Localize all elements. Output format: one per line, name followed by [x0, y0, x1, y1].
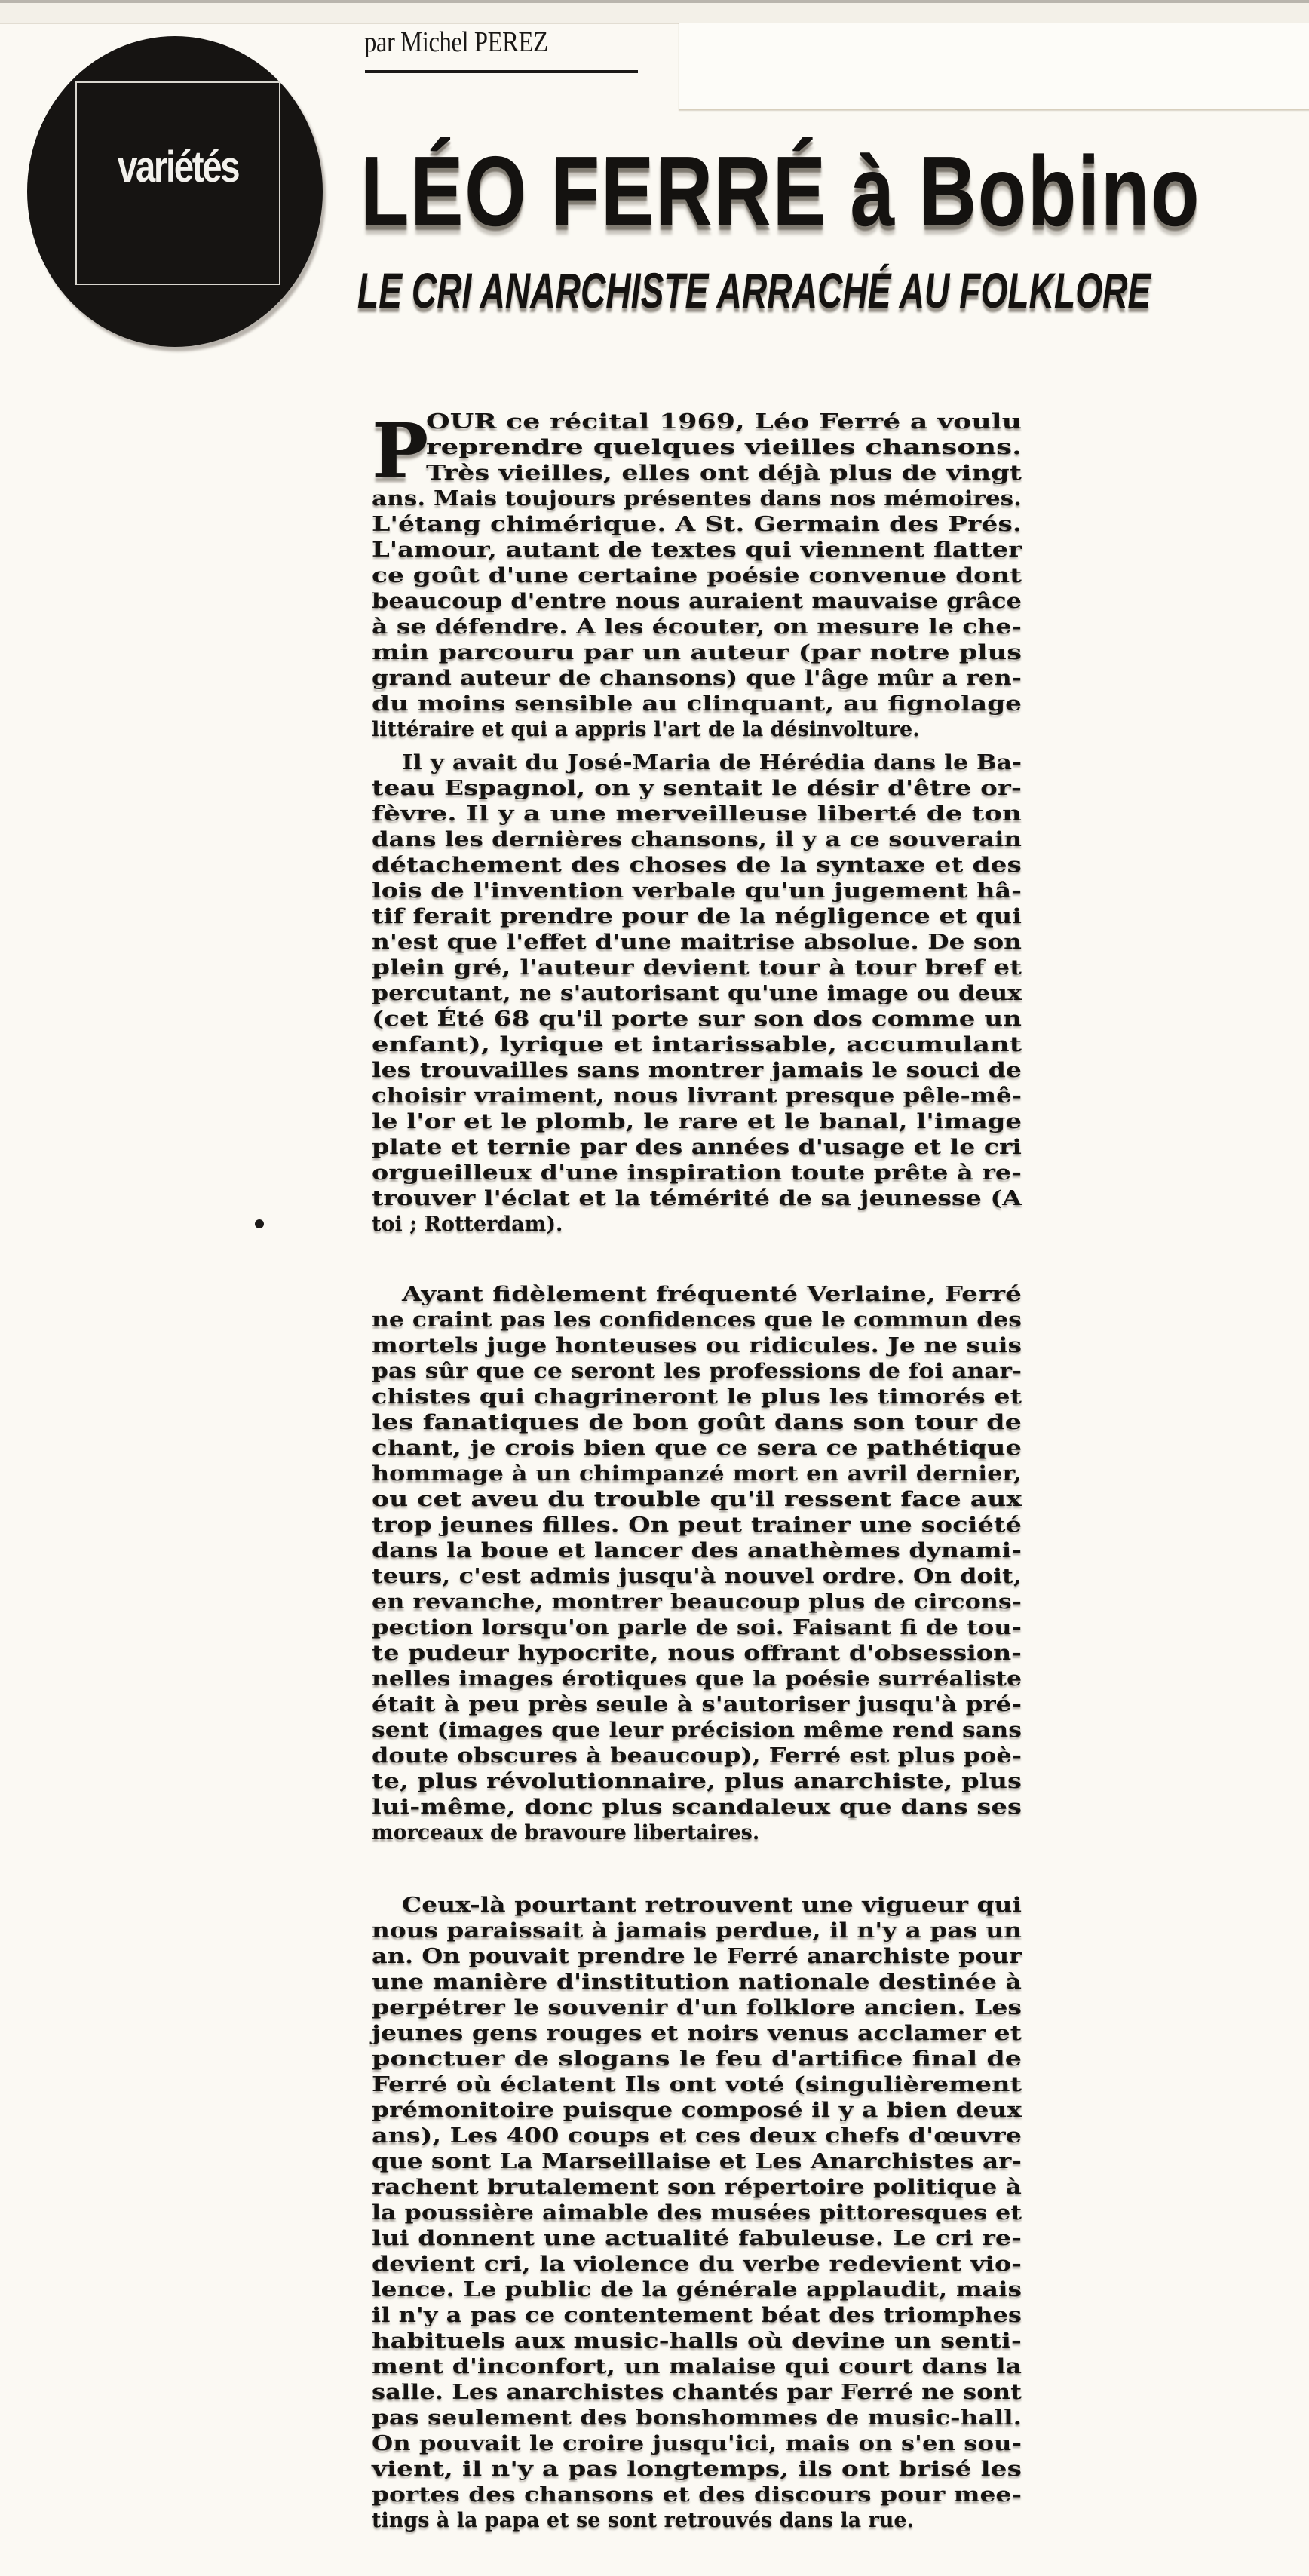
article-line: le l'or et le plomb, le rare et le banal…	[372, 1109, 1022, 1135]
article-line: perpétrer le souvenir d'un folklore anci…	[372, 1995, 1022, 2021]
article-line: Ceux-là pourtant retrouvent une vigueur …	[372, 1893, 1022, 1918]
article-line: trouver l'éclat et la témérité de sa jeu…	[372, 1186, 1022, 1212]
article-line: On pouvait le croire jusqu'ici, mais on …	[372, 2431, 1022, 2457]
rubric-logo-frame: variétés	[75, 81, 280, 285]
article-line: Très vieilles, elles ont déjà plus de vi…	[372, 461, 1022, 486]
article-line: nelles images érotiques que la poésie su…	[372, 1667, 1022, 1692]
article-line: portes des chansons et des discours pour…	[372, 2482, 1022, 2508]
article-line: Ayant fidèlement fréquenté Verlaine, Fer…	[372, 1282, 1022, 1308]
headline: LÉO FERRÉ à Bobino	[360, 142, 1200, 241]
article-line: la poussière aimable des musées pittores…	[372, 2200, 1022, 2226]
subheadline: LE CRI ANARCHISTE ARRACHÉ AU FOLKLORE	[357, 265, 1151, 315]
article-line: L'amour, autant de textes qui viennent f…	[372, 538, 1022, 563]
article-line: L'étang chimérique. A St. Germain des Pr…	[372, 512, 1022, 538]
article-line: chistes qui chagrineront le plus les tim…	[372, 1385, 1022, 1410]
article-line: morceaux de bravoure libertaires.	[372, 1820, 1022, 1846]
article-line: trop jeunes filles. On peut trainer une …	[372, 1513, 1022, 1538]
article-line: pas sûr que ce seront les professions de…	[372, 1359, 1022, 1385]
byline: par Michel PEREZ	[364, 26, 548, 59]
article-line: Il y avait du José-Maria de Hérédia dans…	[372, 750, 1022, 776]
article-line: te pudeur hypocrite, nous offrant d'obse…	[372, 1641, 1022, 1667]
article-line: vient, il n'y a pas longtemps, ils ont b…	[372, 2457, 1022, 2482]
article-line: fèvre. Il y a une merveilleuse liberté d…	[372, 802, 1022, 827]
article-line: n'est que l'effet d'une maitrise absolue…	[372, 930, 1022, 955]
article-line: lui donnent une actualité fabuleuse. Le …	[372, 2226, 1022, 2252]
article-line: (cet Été 68 qu'il porte sur son dos comm…	[372, 1007, 1022, 1032]
article-line: sent (images que leur précision même ren…	[372, 1718, 1022, 1743]
article-line: teau Espagnol, on y sentait le désir d'ê…	[372, 776, 1022, 802]
article-line: à se défendre. A les écouter, on mesure …	[372, 615, 1022, 640]
article-line: jeunes gens rouges et noirs venus acclam…	[372, 2021, 1022, 2047]
article-line: hommage à un chimpanzé mort en avril der…	[372, 1461, 1022, 1487]
byline-rule	[365, 70, 638, 73]
article-line: habituels aux music-halls où devine un s…	[372, 2329, 1022, 2354]
scan-top-edge	[0, 0, 1309, 24]
article-line: du moins sensible au clinquant, au figno…	[372, 692, 1022, 717]
article-line: plate et ternie par des années d'usage e…	[372, 1135, 1022, 1161]
ink-speck	[255, 1219, 264, 1228]
rubric-logo: variétés	[27, 36, 323, 347]
pasted-paper-patch	[679, 23, 1309, 110]
article-line: ne craint pas les confidences que le com…	[372, 1308, 1022, 1333]
article-line: une manière d'institution nationale dest…	[372, 1970, 1022, 1995]
article-line: ans. Mais toujours présentes dans nos mé…	[372, 486, 1022, 512]
article-line: en revanche, montrer beaucoup plus de ci…	[372, 1590, 1022, 1615]
article-line: doute obscures à beaucoup), Ferré est pl…	[372, 1743, 1022, 1769]
article-paragraph-1: OUR ce récital 1969, Léo Ferré a voulure…	[372, 409, 1022, 743]
article-line: était à peu près seule à s'autoriser jus…	[372, 1692, 1022, 1718]
article-line: détachement des choses de la syntaxe et …	[372, 853, 1022, 879]
article-line: te, plus révolutionnaire, plus anarchist…	[372, 1769, 1022, 1795]
article-line: prémonitoire puisque composé il y a bien…	[372, 2098, 1022, 2124]
article-line: toi ; Rotterdam).	[372, 1212, 1022, 1237]
article-line: ans), Les 400 coups et ces deux chefs d'…	[372, 2124, 1022, 2149]
article-line: dans les dernières chansons, il y a ce s…	[372, 827, 1022, 853]
article-line: chant, je crois bien que ce sera ce path…	[372, 1436, 1022, 1461]
article-line: choisir vraiment, nous livrant presque p…	[372, 1084, 1022, 1109]
article-line: min parcouru par un auteur (par notre pl…	[372, 640, 1022, 666]
article-line: beaucoup d'entre nous auraient mauvaise …	[372, 589, 1022, 615]
article-line: devient cri, la violence du verbe redevi…	[372, 2252, 1022, 2277]
article-line: ponctuer de slogans le feu d'artifice fi…	[372, 2047, 1022, 2072]
article-line: mortels juge honteuses ou ridicules. Je …	[372, 1333, 1022, 1359]
article-line: enfant), lyrique et intarissable, accumu…	[372, 1032, 1022, 1058]
article-line: les trouvailles sans montrer jamais le s…	[372, 1058, 1022, 1084]
article-line: lence. Le public de la générale applaudi…	[372, 2277, 1022, 2303]
article-paragraph-3: Ayant fidèlement fréquenté Verlaine, Fer…	[372, 1282, 1022, 1846]
article-line: OUR ce récital 1969, Léo Ferré a voulu	[372, 409, 1022, 435]
article-line: ment d'inconfort, un malaise qui court d…	[372, 2354, 1022, 2380]
rubric-label: variétés	[95, 142, 261, 192]
article-line: tif ferait prendre pour de la négligence…	[372, 904, 1022, 930]
article-line: pas seulement des bonshommes de music-ha…	[372, 2406, 1022, 2431]
article-line: lois de l'invention verbale qu'un jugeme…	[372, 879, 1022, 904]
article-line: nous paraissait à jamais perdue, il n'y …	[372, 1918, 1022, 1944]
article-line: pection lorsqu'on parle de soi. Faisant …	[372, 1615, 1022, 1641]
article-paragraph-2: Il y avait du José-Maria de Hérédia dans…	[372, 750, 1022, 1237]
scan-border	[0, 0, 1309, 3]
article-line: rachent brutalement son répertoire polit…	[372, 2175, 1022, 2200]
article-line: teurs, c'est admis jusqu'à nouvel ordre.…	[372, 1564, 1022, 1590]
article-line: Ferré où éclatent Ils ont voté (singuliè…	[372, 2072, 1022, 2098]
article-line: salle. Les anarchistes chantés par Ferré…	[372, 2380, 1022, 2406]
article-paragraph-4: Ceux-là pourtant retrouvent une vigueur …	[372, 1893, 1022, 2534]
article-line: littéraire et qui a appris l'art de la d…	[372, 717, 1022, 743]
article-line: lui-même, donc plus scandaleux que dans …	[372, 1795, 1022, 1820]
article-line: an. On pouvait prendre le Ferré anarchis…	[372, 1944, 1022, 1970]
article-line: orgueilleux d'une inspiration toute prêt…	[372, 1161, 1022, 1186]
article-line: que sont La Marseillaise et Les Anarchis…	[372, 2149, 1022, 2175]
article-line: plein gré, l'auteur devient tour à tour …	[372, 955, 1022, 981]
article-line: il n'y a pas ce contentement béat des tr…	[372, 2303, 1022, 2329]
article-line: tings à la papa et se sont retrouvés dan…	[372, 2508, 1022, 2534]
article-line: reprendre quelques vieilles chansons.	[372, 435, 1022, 461]
article-line: les fanatiques de bon goût dans son tour…	[372, 1410, 1022, 1436]
article-line: ou cet aveu du trouble qu'il ressent fac…	[372, 1487, 1022, 1513]
article-line: dans la boue et lancer des anathèmes dyn…	[372, 1538, 1022, 1564]
article-line: grand auteur de chansons) que l'âge mûr …	[372, 666, 1022, 692]
article-line: ce goût d'une certaine poésie convenue d…	[372, 563, 1022, 589]
article-line: percutant, ne s'autorisant qu'une image …	[372, 981, 1022, 1007]
